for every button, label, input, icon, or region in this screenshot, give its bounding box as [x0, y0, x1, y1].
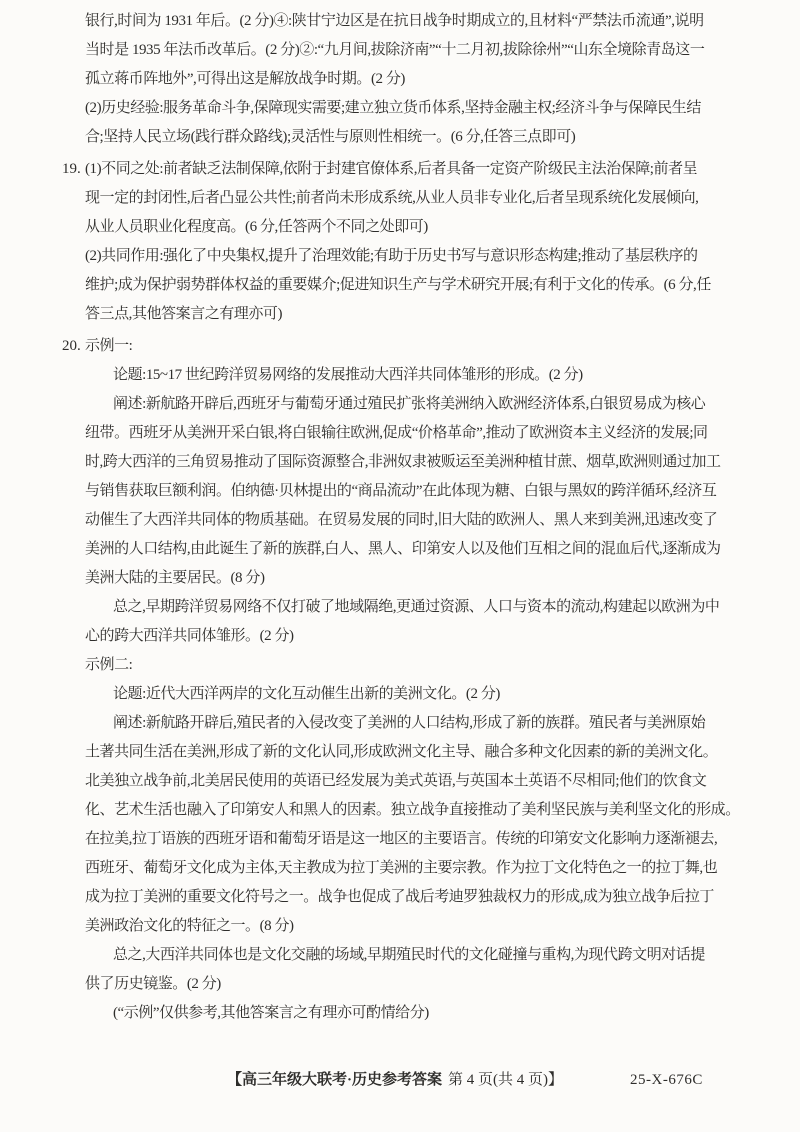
line-text: 从业人员职业化程度高。(6 分,任答两个不同之处即可) [85, 219, 428, 235]
footer-exam-code: 25-X-676C [630, 1066, 703, 1095]
footer-page-indicator: 第 4 页(共 4 页)】 [448, 1072, 563, 1088]
line-text: 美洲大陆的主要居民。(8 分) [85, 570, 265, 586]
line-text: 维护;成为保护弱势群体权益的重要媒介;促进知识生产与学术研究开展;有利于文化的传… [85, 277, 711, 293]
footer-main: 【高三年级大联考·历史参考答案第 4 页(共 4 页)】 [227, 1066, 563, 1095]
question-number: 20. [62, 332, 85, 361]
text-line: 银行,时间为 1931 年后。(2 分)④:陕甘宁边区是在抗日战争时期成立的,且… [85, 7, 750, 36]
line-text: 与销售获取巨额利润。伯纳德·贝林提出的“商品流动”在此体现为糖、白银与黑奴的跨洋… [85, 483, 716, 499]
line-text: (“示例”仅供参考,其他答案言之有理亦可酌情给分) [113, 1005, 429, 1021]
line-text: 时,跨大西洋的三角贸易推动了国际资源整合,非洲奴隶被贩运至美洲种植甘蔗、烟草,欧… [85, 454, 721, 470]
line-text: 论题:15~17 世纪跨洋贸易网络的发展推动大西洋共同体雏形的形成。(2 分) [113, 367, 583, 383]
text-line: 时,跨大西洋的三角贸易推动了国际资源整合,非洲奴隶被贩运至美洲种植甘蔗、烟草,欧… [85, 448, 750, 477]
text-line: 纽带。西班牙从美洲开采白银,将白银输往欧洲,促成“价格革命”,推动了欧洲资本主义… [85, 419, 750, 448]
text-line: 供了历史镜鉴。(2 分) [85, 970, 750, 999]
text-line: 与销售获取巨额利润。伯纳德·贝林提出的“商品流动”在此体现为糖、白银与黑奴的跨洋… [85, 477, 750, 506]
line-text: 银行,时间为 1931 年后。(2 分)④:陕甘宁边区是在抗日战争时期成立的,且… [85, 13, 704, 29]
text-line: 心的跨大西洋共同体雏形。(2 分) [85, 622, 750, 651]
text-line: 总之,大西洋共同体也是文化交融的场域,早期殖民时代的文化碰撞与重构,为现代跨文明… [85, 941, 750, 970]
line-text: 示例一: [85, 338, 132, 354]
line-text: 供了历史镜鉴。(2 分) [85, 976, 221, 992]
line-text: 动催生了大西洋共同体的物质基础。在贸易发展的同时,旧大陆的欧洲人、黑人来到美洲,… [85, 512, 717, 528]
line-text: 论题:近代大西洋两岸的文化互动催生出新的美洲文化。(2 分) [113, 686, 500, 702]
question-number: 19. [62, 155, 85, 184]
text-line: 19.(1)不同之处:前者缺乏法制保障,依附于封建官僚体系,后者具备一定资产阶级… [85, 155, 750, 184]
line-text: 心的跨大西洋共同体雏形。(2 分) [85, 628, 294, 644]
line-text: 现一定的封闭性,后者凸显公共性;前者尚未形成系统,从业人员非专业化,后者呈现系统… [85, 190, 698, 206]
text-line: 成为拉丁美洲的重要文化符号之一。战争也促成了战后考迪罗独裁权力的形成,成为独立战… [85, 883, 750, 912]
line-text: (2)共同作用:强化了中央集权,提升了治理效能;有助于历史书写与意识形态构建;推… [85, 248, 698, 264]
text-line: 阐述:新航路开辟后,西班牙与葡萄牙通过殖民扩张将美洲纳入欧洲经济体系,白银贸易成… [85, 390, 750, 419]
line-text: 土著共同生活在美洲,形成了新的文化认同,形成欧洲文化主导、融合多种文化因素的新的… [85, 744, 717, 760]
line-text: 纽带。西班牙从美洲开采白银,将白银输往欧洲,促成“价格革命”,推动了欧洲资本主义… [85, 425, 708, 441]
page-footer: 【高三年级大联考·历史参考答案第 4 页(共 4 页)】 25-X-676C [0, 1066, 800, 1095]
line-text: 答三点,其他答案言之有理亦可) [85, 306, 282, 322]
text-line: (2)历史经验:服务革命斗争,保障现实需要;建立独立货币体系,坚持金融主权;经济… [85, 94, 750, 123]
line-text: 西班牙、葡萄牙文化成为主体,天主教成为拉丁美洲的主要宗教。作为拉丁文化特色之一的… [85, 860, 717, 876]
text-line: 美洲的人口结构,由此诞生了新的族群,白人、黑人、印第安人以及他们互相之间的混血后… [85, 535, 750, 564]
line-text: 在拉美,拉丁语族的西班牙语和葡萄牙语是这一地区的主要语言。传统的印第安文化影响力… [85, 831, 717, 847]
text-line: 从业人员职业化程度高。(6 分,任答两个不同之处即可) [85, 213, 750, 242]
text-line: (“示例”仅供参考,其他答案言之有理亦可酌情给分) [85, 999, 750, 1028]
text-line: 孤立蒋币阵地外”,可得出这是解放战争时期。(2 分) [85, 65, 750, 94]
line-text: 成为拉丁美洲的重要文化符号之一。战争也促成了战后考迪罗独裁权力的形成,成为独立战… [85, 889, 714, 905]
text-line: 阐述:新航路开辟后,殖民者的入侵改变了美洲的人口结构,形成了新的族群。殖民者与美… [85, 709, 750, 738]
line-text: (1)不同之处:前者缺乏法制保障,依附于封建官僚体系,后者具备一定资产阶级民主法… [85, 161, 697, 177]
text-line: 美洲政治文化的特征之一。(8 分) [85, 912, 750, 941]
text-line: 现一定的封闭性,后者凸显公共性;前者尚未形成系统,从业人员非专业化,后者呈现系统… [85, 184, 750, 213]
text-line: 在拉美,拉丁语族的西班牙语和葡萄牙语是这一地区的主要语言。传统的印第安文化影响力… [85, 825, 750, 854]
line-text: 合;坚持人民立场(践行群众路线);灵活性与原则性相统一。(6 分,任答三点即可) [85, 129, 575, 145]
line-text: 示例二: [85, 657, 132, 673]
text-line: 北美独立战争前,北美居民使用的英语已经发展为美式英语,与英国本土英语不尽相同;他… [85, 767, 750, 796]
text-line: 论题:近代大西洋两岸的文化互动催生出新的美洲文化。(2 分) [85, 680, 750, 709]
text-line: 答三点,其他答案言之有理亦可) [85, 300, 750, 329]
line-text: 当时是 1935 年法币改革后。(2 分)②:“九月间,拔除济南”“十二月初,拔… [85, 42, 704, 58]
line-text: 总之,大西洋共同体也是文化交融的场域,早期殖民时代的文化碰撞与重构,为现代跨文明… [113, 947, 705, 963]
footer-title: 【高三年级大联考·历史参考答案 [227, 1072, 442, 1088]
text-line: 总之,早期跨洋贸易网络不仅打破了地域隔绝,更通过资源、人口与资本的流动,构建起以… [85, 593, 750, 622]
text-line: 动催生了大西洋共同体的物质基础。在贸易发展的同时,旧大陆的欧洲人、黑人来到美洲,… [85, 506, 750, 535]
text-line: 示例二: [85, 651, 750, 680]
text-line: 土著共同生活在美洲,形成了新的文化认同,形成欧洲文化主导、融合多种文化因素的新的… [85, 738, 750, 767]
text-line: 美洲大陆的主要居民。(8 分) [85, 564, 750, 593]
line-text: 阐述:新航路开辟后,西班牙与葡萄牙通过殖民扩张将美洲纳入欧洲经济体系,白银贸易成… [113, 396, 705, 412]
line-text: 阐述:新航路开辟后,殖民者的入侵改变了美洲的人口结构,形成了新的族群。殖民者与美… [113, 715, 705, 731]
line-text: 美洲的人口结构,由此诞生了新的族群,白人、黑人、印第安人以及他们互相之间的混血后… [85, 541, 721, 557]
line-text: 孤立蒋币阵地外”,可得出这是解放战争时期。(2 分) [85, 71, 405, 87]
line-text: 美洲政治文化的特征之一。(8 分) [85, 918, 294, 934]
text-line: 论题:15~17 世纪跨洋贸易网络的发展推动大西洋共同体雏形的形成。(2 分) [85, 361, 750, 390]
text-line: 化、艺术生活也融入了印第安人和黑人的因素。独立战争直接推动了美利坚民族与美利坚文… [85, 796, 750, 825]
text-line: 当时是 1935 年法币改革后。(2 分)②:“九月间,拔除济南”“十二月初,拔… [85, 36, 750, 65]
document-page: 银行,时间为 1931 年后。(2 分)④:陕甘宁边区是在抗日战争时期成立的,且… [0, 0, 800, 1132]
line-text: 北美独立战争前,北美居民使用的英语已经发展为美式英语,与英国本土英语不尽相同;他… [85, 773, 706, 789]
text-line: 西班牙、葡萄牙文化成为主体,天主教成为拉丁美洲的主要宗教。作为拉丁文化特色之一的… [85, 854, 750, 883]
line-text: 总之,早期跨洋贸易网络不仅打破了地域隔绝,更通过资源、人口与资本的流动,构建起以… [113, 599, 719, 615]
line-text: 化、艺术生活也融入了印第安人和黑人的因素。独立战争直接推动了美利坚民族与美利坚文… [85, 802, 740, 818]
answer-lines: 银行,时间为 1931 年后。(2 分)④:陕甘宁边区是在抗日战争时期成立的,且… [0, 0, 800, 1028]
text-line: (2)共同作用:强化了中央集权,提升了治理效能;有助于历史书写与意识形态构建;推… [85, 242, 750, 271]
text-line: 20.示例一: [85, 332, 750, 361]
line-text: (2)历史经验:服务革命斗争,保障现实需要;建立独立货币体系,坚持金融主权;经济… [85, 100, 701, 116]
text-line: 合;坚持人民立场(践行群众路线);灵活性与原则性相统一。(6 分,任答三点即可) [85, 123, 750, 152]
text-line: 维护;成为保护弱势群体权益的重要媒介;促进知识生产与学术研究开展;有利于文化的传… [85, 271, 750, 300]
